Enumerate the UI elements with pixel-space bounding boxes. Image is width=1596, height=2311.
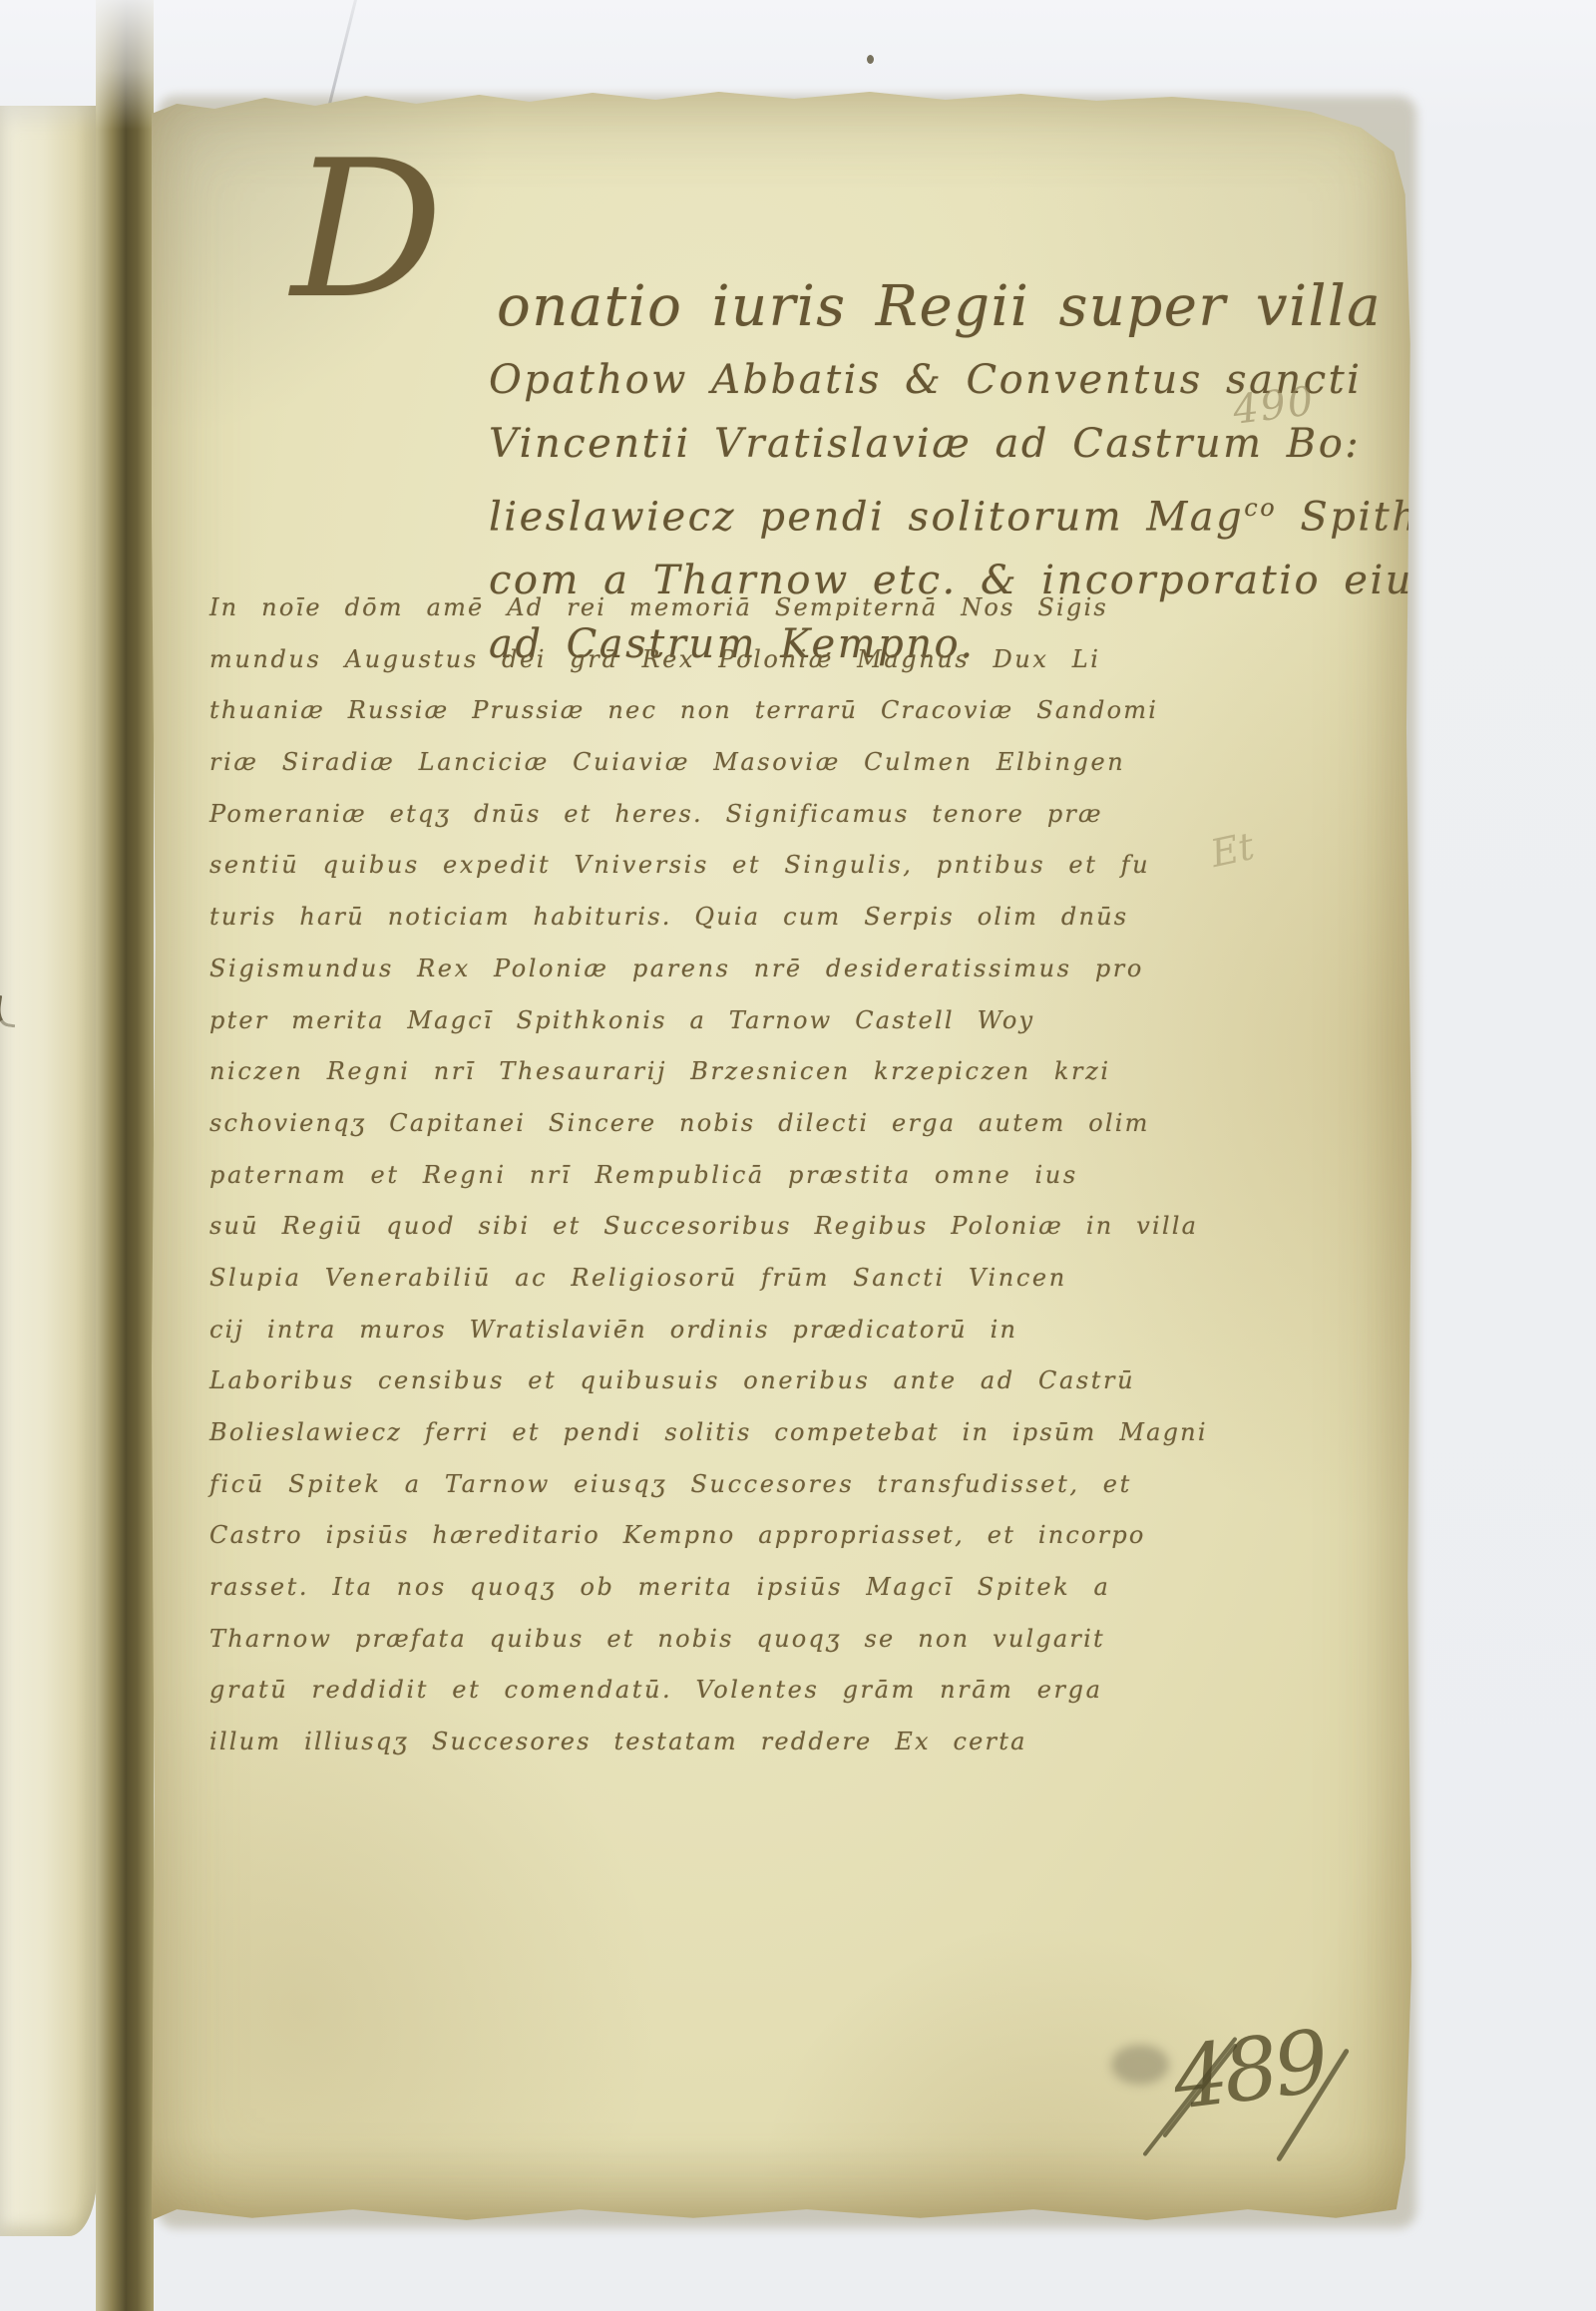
body-line: Castro ipsiūs hæreditario Kempno appropr… [209, 1510, 1247, 1562]
body-line: niczen Regni nrī Thesaurarij Brzesnicen … [209, 1046, 1247, 1098]
manuscript-page: D onatio iuris Regii super villa Opathow… [152, 88, 1411, 2222]
ink-speck [894, 2242, 898, 2246]
ink-speck [867, 55, 874, 64]
body-line: Tharnow præfata quibus et nobis quoqʒ se… [209, 1614, 1247, 1666]
pen-trial-mark [0, 995, 19, 1028]
body-line: mundus Augustus dei grā Rex Poloniæ Magn… [209, 634, 1247, 686]
body-line: sentiū quibus expedit Vniversis et Singu… [209, 840, 1247, 892]
body-line: rasset. Ita nos quoqʒ ob merita ipsiūs M… [209, 1562, 1247, 1614]
body-line: turis harū noticiam habituris. Quia cum … [209, 892, 1247, 944]
body-line: Sigismundus Rex Poloniæ parens nrē desid… [209, 944, 1247, 995]
binding-gutter [96, 0, 154, 2311]
heading-superscript: co [1244, 494, 1277, 522]
body-line: suū Regiū quod sibi et Succesoribus Regi… [209, 1201, 1247, 1253]
body-line: Pomeraniæ etqʒ dnūs et heres. Significam… [209, 789, 1247, 841]
body-line: ficū Spitek a Tarnow eiusqʒ Succesores t… [209, 1459, 1247, 1511]
backing-sheet-crease [327, 0, 359, 111]
ink-smudge [1111, 2045, 1169, 2085]
body-line: Bolieslawiecz ferri et pendi solitis com… [209, 1407, 1247, 1459]
body-line: thuaniæ Russiæ Prussiæ nec non terrarū C… [209, 685, 1247, 737]
body-line: In noīe dōm amē Ad rei memoriā Sempitern… [209, 582, 1247, 634]
heading-initial: D [291, 157, 443, 304]
marginal-note: Et [1207, 824, 1258, 876]
ink-speck [1465, 1189, 1470, 1194]
heading-line: Opathow Abbatis & Conventus sancti [489, 348, 1464, 412]
body-text: In noīe dōm amē Ad rei memoriā Sempitern… [209, 582, 1247, 1768]
body-line: schovienqʒ Capitanei Sincere nobis dilec… [209, 1098, 1247, 1150]
body-line: pter merita Magcī Spithkonis a Tarnow Ca… [209, 995, 1247, 1047]
body-line: Laboribus censibus et quibusuis oneribus… [209, 1355, 1247, 1407]
scan-background: D onatio iuris Regii super villa Opathow… [0, 0, 1596, 2311]
heading-line: onatio iuris Regii super villa [497, 274, 1382, 339]
body-line: paternam et Regni nrī Rempublicā præstit… [209, 1150, 1247, 1202]
body-line: riæ Siradiæ Lanciciæ Cuiaviæ Masoviæ Cul… [209, 737, 1247, 789]
body-line: cij intra muros Wratislaviēn ordinis præ… [209, 1305, 1247, 1356]
previous-leaf-edge [0, 106, 97, 2236]
heading-line: lieslawiecz pendi solitorum Magco Spith: [489, 476, 1464, 549]
body-line: illum illiusqʒ Succesores testatam redde… [209, 1717, 1247, 1768]
body-line: gratū reddidit et comendatū. Volentes gr… [209, 1665, 1247, 1717]
body-line: Slupia Venerabiliū ac Religiosorū frūm S… [209, 1253, 1247, 1305]
heading-line: Vincentii Vratislaviæ ad Castrum Bo: [489, 412, 1464, 476]
